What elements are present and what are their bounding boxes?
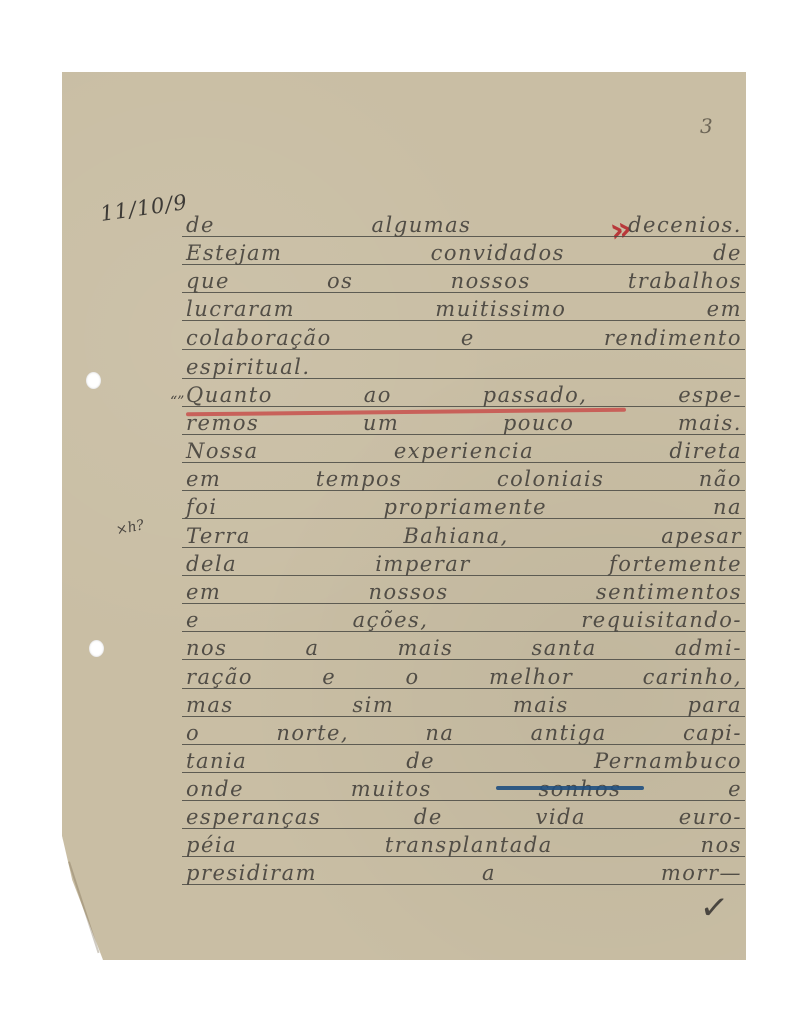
handwritten-word: propriamente bbox=[384, 494, 548, 520]
handwritten-word: mais bbox=[398, 635, 454, 661]
handwritten-word: nossos bbox=[451, 268, 531, 294]
handwritten-word: e bbox=[461, 325, 475, 351]
handwritten-line: ondemuitossonhose bbox=[186, 776, 742, 802]
handwritten-word: muitos bbox=[351, 776, 432, 802]
handwritten-word: passado, bbox=[483, 382, 588, 408]
handwritten-word: Bahiana, bbox=[403, 523, 508, 549]
handwritten-word: admi- bbox=[675, 635, 742, 661]
handwritten-line: TerraBahiana,apesar bbox=[186, 523, 742, 549]
handwritten-line: presidiramamorr— bbox=[186, 860, 742, 886]
handwritten-word: esperanças bbox=[186, 804, 321, 830]
handwritten-word: de bbox=[406, 748, 435, 774]
handwritten-word: sentimentos bbox=[596, 579, 742, 605]
checkmark-icon: ✓ bbox=[698, 887, 731, 930]
handwritten-word: de bbox=[186, 212, 215, 238]
handwritten-word: Pernambuco bbox=[594, 748, 742, 774]
handwritten-word: dela bbox=[186, 551, 237, 577]
handwritten-line: esperançasdevidaeuro- bbox=[186, 804, 742, 830]
handwritten-word: mas bbox=[186, 692, 234, 718]
handwritten-word: Quanto bbox=[186, 382, 273, 408]
handwritten-word: espe- bbox=[678, 382, 742, 408]
handwritten-line: eações,requisitando- bbox=[186, 607, 742, 633]
handwritten-word: rendimento bbox=[604, 325, 742, 351]
handwritten-word: de bbox=[414, 804, 443, 830]
handwritten-line: espiritual. bbox=[186, 354, 742, 380]
handwritten-word: em bbox=[186, 579, 221, 605]
handwritten-word: norte, bbox=[276, 720, 349, 746]
handwritten-word: tempos bbox=[316, 466, 403, 492]
handwritten-word: muitissimo bbox=[435, 296, 566, 322]
handwritten-word: euro- bbox=[679, 804, 742, 830]
handwritten-word: morr— bbox=[661, 860, 742, 886]
page-number: 3 bbox=[700, 114, 713, 138]
handwritten-word: ações, bbox=[353, 607, 429, 633]
handwritten-word: espiritual. bbox=[186, 354, 311, 380]
handwritten-word: algumas bbox=[372, 212, 472, 238]
handwritten-line: queosnossostrabalhos bbox=[186, 268, 742, 294]
handwritten-word: carinho, bbox=[643, 664, 742, 690]
handwritten-word: imperar bbox=[375, 551, 471, 577]
handwritten-line: raçãoeomelhorcarinho, bbox=[186, 664, 742, 690]
blue-pencil-underline bbox=[496, 786, 644, 790]
handwritten-word: a bbox=[305, 635, 319, 661]
handwritten-word: e bbox=[186, 607, 200, 633]
handwritten-word: Estejam bbox=[186, 240, 282, 266]
handwritten-word: ração bbox=[186, 664, 253, 690]
handwritten-word: melhor bbox=[489, 664, 573, 690]
handwritten-line: emnossossentimentos bbox=[186, 579, 742, 605]
handwritten-word: ao bbox=[364, 382, 392, 408]
handwritten-word: a bbox=[482, 860, 496, 886]
handwritten-line: Nossaexperienciadireta bbox=[186, 438, 742, 464]
handwritten-line: emtemposcoloniaisnão bbox=[186, 466, 742, 492]
handwritten-word: coloniais bbox=[497, 466, 605, 492]
handwritten-word: pouco bbox=[503, 410, 575, 436]
handwritten-word: na bbox=[713, 494, 742, 520]
handwritten-line: colaboraçãoerendimento bbox=[186, 325, 742, 351]
handwritten-word: sim bbox=[352, 692, 394, 718]
handwritten-line: foipropriamentena bbox=[186, 494, 742, 520]
handwritten-word: para bbox=[687, 692, 742, 718]
handwritten-word: de bbox=[713, 240, 742, 266]
handwritten-word: nos bbox=[701, 832, 742, 858]
handwritten-line: delaimperarfortemente bbox=[186, 551, 742, 577]
handwritten-word: santa bbox=[531, 635, 596, 661]
handwritten-word: mais. bbox=[678, 410, 742, 436]
handwritten-line: onorte,naantigacapi- bbox=[186, 720, 742, 746]
handwritten-word: em bbox=[186, 466, 221, 492]
handwritten-word: requisitando- bbox=[581, 607, 742, 633]
handwritten-word: antiga bbox=[531, 720, 607, 746]
handwritten-word: na bbox=[425, 720, 454, 746]
handwritten-word: em bbox=[707, 296, 742, 322]
handwritten-line: péiatransplantadanos bbox=[186, 832, 742, 858]
handwritten-word: mais bbox=[513, 692, 569, 718]
handwritten-word: decenios. bbox=[628, 212, 742, 238]
handwritten-word: o bbox=[406, 664, 420, 690]
paragraph-margin-mark: “” bbox=[170, 394, 184, 410]
handwritten-word: onde bbox=[186, 776, 244, 802]
handwritten-line: dealgumasdecenios. bbox=[186, 212, 742, 238]
handwritten-word: nossos bbox=[369, 579, 449, 605]
punch-hole-upper bbox=[86, 372, 101, 389]
handwritten-word: que bbox=[186, 268, 230, 294]
handwritten-word: direta bbox=[669, 438, 742, 464]
handwritten-word: trabalhos bbox=[628, 268, 742, 294]
handwritten-word: apesar bbox=[661, 523, 742, 549]
handwritten-word: presidiram bbox=[186, 860, 317, 886]
handwritten-word: lucraram bbox=[186, 296, 295, 322]
handwritten-word: não bbox=[699, 466, 742, 492]
handwritten-word: Terra bbox=[186, 523, 251, 549]
handwritten-word: capi- bbox=[683, 720, 742, 746]
handwritten-line: Quantoaopassado,espe- bbox=[186, 382, 742, 408]
handwritten-word: fortemente bbox=[609, 551, 742, 577]
handwritten-word: vida bbox=[536, 804, 587, 830]
handwritten-word: o bbox=[186, 720, 200, 746]
handwritten-line: lucrarammuitissimoem bbox=[186, 296, 742, 322]
handwritten-line: Estejamconvidadosde bbox=[186, 240, 742, 266]
handwritten-line: massimmaispara bbox=[186, 692, 742, 718]
handwritten-word: colaboração bbox=[186, 325, 332, 351]
handwritten-line: nosamaissantaadmi- bbox=[186, 635, 742, 661]
handwritten-word: péia bbox=[186, 832, 237, 858]
handwritten-line: taniadePernambuco bbox=[186, 748, 742, 774]
handwritten-word: Nossa bbox=[186, 438, 259, 464]
handwritten-word: foi bbox=[186, 494, 218, 520]
handwritten-word: tania bbox=[186, 748, 247, 774]
handwritten-word: nos bbox=[186, 635, 227, 661]
handwritten-word: e bbox=[728, 776, 742, 802]
handwritten-word: convidados bbox=[431, 240, 565, 266]
punch-hole-lower bbox=[89, 640, 104, 657]
handwritten-word: experiencia bbox=[394, 438, 534, 464]
handwritten-word: e bbox=[322, 664, 336, 690]
handwritten-word: os bbox=[327, 268, 353, 294]
handwritten-word: transplantada bbox=[385, 832, 553, 858]
